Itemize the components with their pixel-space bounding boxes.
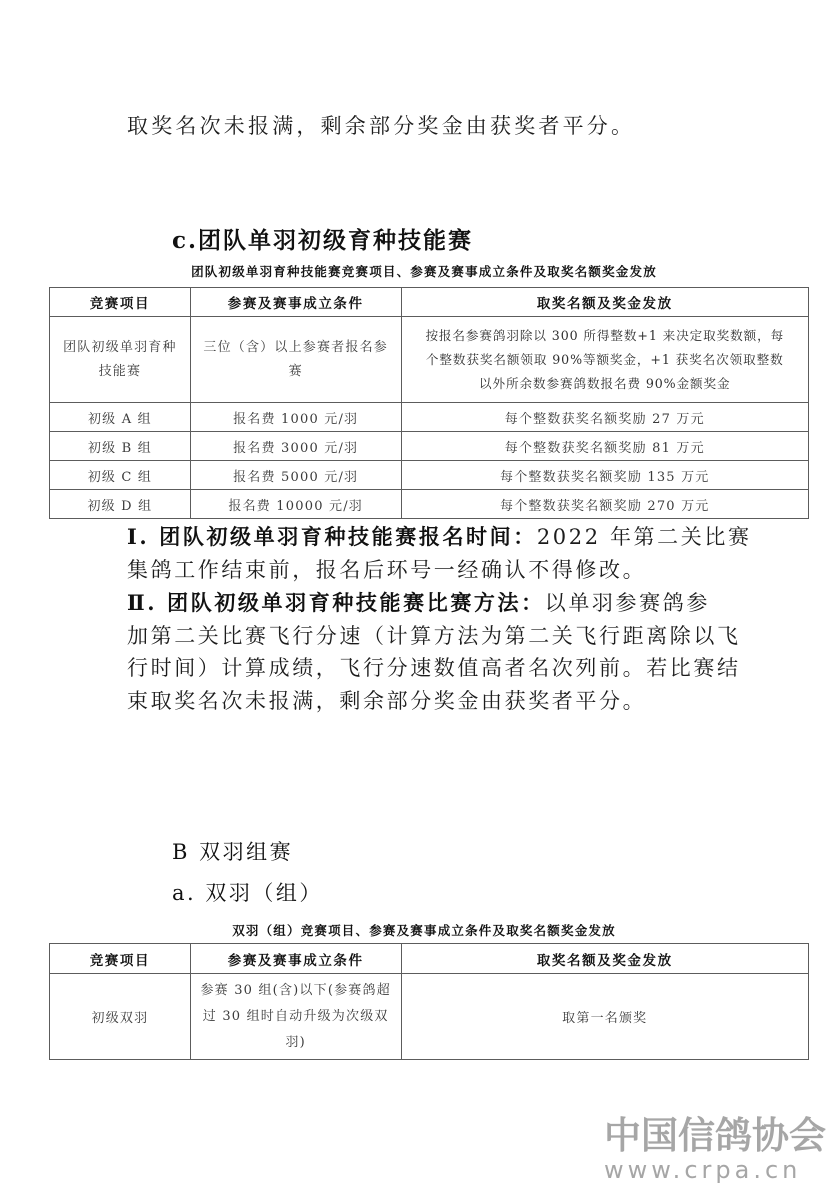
- cell-text: 三位（含）以上参赛者报名参: [197, 336, 395, 360]
- cell-item: 初级 A 组: [50, 403, 191, 432]
- document-page: 取奖名次未报满，剩余部分奖金由获奖者平分。 c.团队单羽初级育种技能赛 团队初级…: [0, 0, 840, 1187]
- cell-text: 技能赛: [56, 360, 184, 384]
- section-c-table: 竞赛项目 参赛及赛事成立条件 取奖名额及奖金发放 团队初级单羽育种 技能赛 三位…: [49, 287, 809, 519]
- cell-item: 初级双羽: [50, 974, 191, 1060]
- cell-condition: 报名费 1000 元/羽: [190, 403, 401, 432]
- header-award: 取奖名额及奖金发放: [401, 288, 808, 317]
- table-row: 初级双羽 参赛 30 组(含)以下(参赛鸽超 过 30 组时自动升级为次级双 羽…: [50, 974, 809, 1060]
- rule-1-paragraph: Ⅰ. 团队初级单羽育种技能赛报名时间：2022 年第二关比赛 集鸽工作结束前，报…: [127, 521, 727, 586]
- watermark-url: www.crpa.cn: [604, 1156, 826, 1184]
- rule-1-text-line: 集鸽工作结束前，报名后环号一经确认不得修改。: [127, 554, 727, 587]
- cell-condition: 报名费 3000 元/羽: [190, 432, 401, 461]
- section-c-table-caption: 团队初级单羽育种技能赛竞赛项目、参赛及赛事成立条件及取奖名额奖金发放: [40, 262, 808, 280]
- rule-2-text-line: 束取奖名次未报满，剩余部分奖金由获奖者平分。: [127, 685, 727, 718]
- cell-award: 每个整数获奖名额奖励 135 万元: [401, 461, 808, 490]
- header-condition: 参赛及赛事成立条件: [190, 288, 401, 317]
- cell-award: 每个整数获奖名额奖励 270 万元: [401, 490, 808, 519]
- table-row: 初级 B 组 报名费 3000 元/羽 每个整数获奖名额奖励 81 万元: [50, 432, 809, 461]
- intro-paragraph-line: 取奖名次未报满，剩余部分奖金由获奖者平分。: [127, 110, 635, 142]
- cell-award: 每个整数获奖名额奖励 81 万元: [401, 432, 808, 461]
- cell-text: 羽): [197, 1030, 395, 1056]
- table-row: 初级 C 组 报名费 5000 元/羽 每个整数获奖名额奖励 135 万元: [50, 461, 809, 490]
- header-item: 竞赛项目: [50, 288, 191, 317]
- cell-text: 团队初级单羽育种: [56, 336, 184, 360]
- cell-text: 按报名参赛鸽羽除以 300 所得整数+1 来决定取奖数额，每: [408, 324, 802, 348]
- table-row: 初级 D 组 报名费 10000 元/羽 每个整数获奖名额奖励 270 万元: [50, 490, 809, 519]
- rule-2-label: Ⅱ. 团队初级单羽育种技能赛比赛方法：: [127, 590, 545, 615]
- cell-condition: 报名费 10000 元/羽: [190, 490, 401, 519]
- section-b-sub-heading: a. 双羽（组）: [172, 877, 323, 907]
- cell-condition: 参赛 30 组(含)以下(参赛鸽超 过 30 组时自动升级为次级双 羽): [190, 974, 401, 1060]
- cell-award: 每个整数获奖名额奖励 27 万元: [401, 403, 808, 432]
- cell-item: 初级 D 组: [50, 490, 191, 519]
- section-b-table-caption: 双羽（组）竞赛项目、参赛及赛事成立条件及取奖名额奖金发放: [40, 921, 808, 939]
- section-b-table: 竞赛项目 参赛及赛事成立条件 取奖名额及奖金发放 初级双羽 参赛 30 组(含)…: [49, 943, 809, 1060]
- cell-text: 参赛 30 组(含)以下(参赛鸽超: [197, 978, 395, 1004]
- rule-2-text-line: 行时间）计算成绩，飞行分速数值高者名次列前。若比赛结: [127, 652, 727, 685]
- rule-2-paragraph: Ⅱ. 团队初级单羽育种技能赛比赛方法：以单羽参赛鸽参 加第二关比赛飞行分速（计算…: [127, 587, 727, 717]
- table-row: 初级 A 组 报名费 1000 元/羽 每个整数获奖名额奖励 27 万元: [50, 403, 809, 432]
- header-item: 竞赛项目: [50, 944, 191, 974]
- rule-1-label: Ⅰ. 团队初级单羽育种技能赛报名时间：: [127, 524, 537, 549]
- header-condition: 参赛及赛事成立条件: [190, 944, 401, 974]
- table-row: 团队初级单羽育种 技能赛 三位（含）以上参赛者报名参 赛 按报名参赛鸽羽除以 3…: [50, 317, 809, 403]
- rule-1-text: 2022 年第二关比赛: [537, 525, 752, 549]
- cell-item: 初级 C 组: [50, 461, 191, 490]
- rule-2-text-line: 加第二关比赛飞行分速（计算方法为第二关飞行距离除以飞: [127, 620, 727, 653]
- cell-text: 个整数获奖名额领取 90%等额奖金，+1 获奖名次领取整数: [408, 348, 802, 372]
- section-c-heading: c.团队单羽初级育种技能赛: [172, 222, 473, 255]
- table-header-row: 竞赛项目 参赛及赛事成立条件 取奖名额及奖金发放: [50, 288, 809, 317]
- cell-text: 赛: [197, 360, 395, 384]
- cell-text: 以外所余数参赛鸽数报名费 90%金额奖金: [408, 372, 802, 396]
- cell-award: 按报名参赛鸽羽除以 300 所得整数+1 来决定取奖数额，每 个整数获奖名额领取…: [401, 317, 808, 403]
- rule-2-text: 以单羽参赛鸽参: [545, 591, 710, 615]
- cell-text: 过 30 组时自动升级为次级双: [197, 1004, 395, 1030]
- watermark: 中国信鸽协会 www.crpa.cn: [604, 1116, 826, 1184]
- cell-condition: 报名费 5000 元/羽: [190, 461, 401, 490]
- watermark-name: 中国信鸽协会: [604, 1116, 826, 1156]
- header-award: 取奖名额及奖金发放: [401, 944, 808, 974]
- table-header-row: 竞赛项目 参赛及赛事成立条件 取奖名额及奖金发放: [50, 944, 809, 974]
- cell-condition: 三位（含）以上参赛者报名参 赛: [190, 317, 401, 403]
- cell-item: 团队初级单羽育种 技能赛: [50, 317, 191, 403]
- section-b-heading: B 双羽组赛: [172, 836, 293, 866]
- cell-item: 初级 B 组: [50, 432, 191, 461]
- cell-award: 取第一名颁奖: [401, 974, 808, 1060]
